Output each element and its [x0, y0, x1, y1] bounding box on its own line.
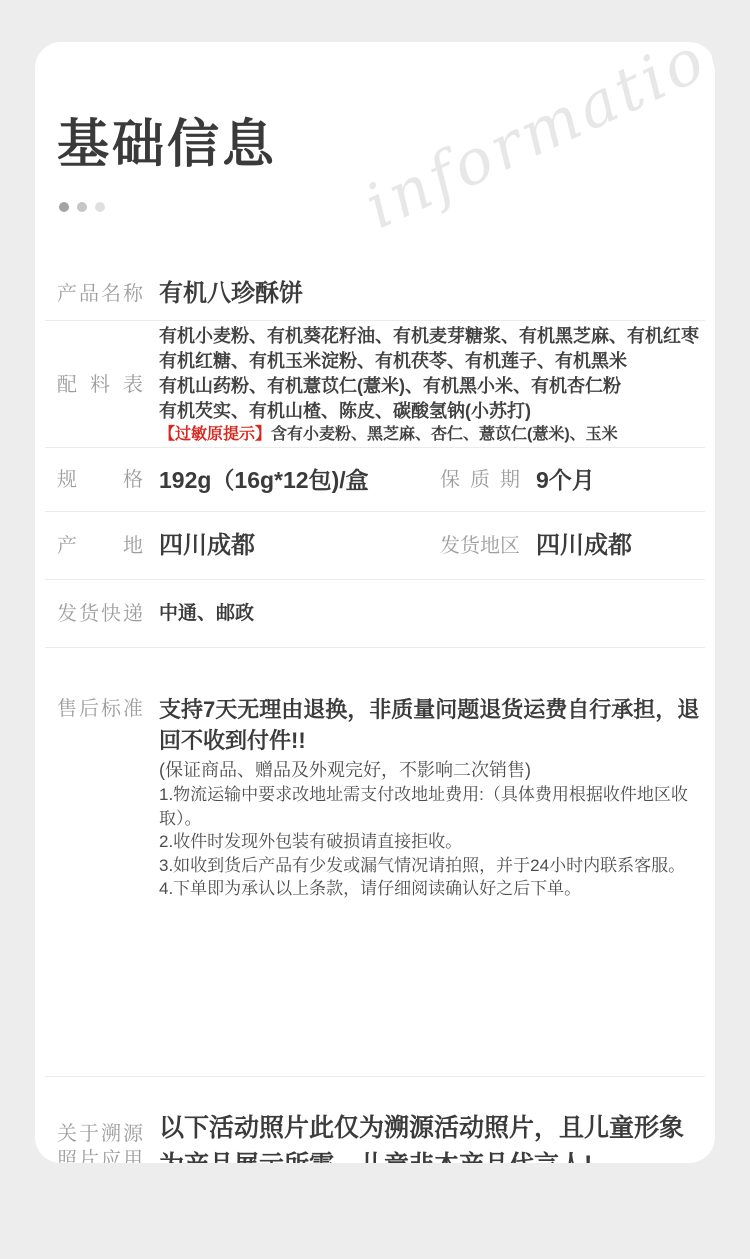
after-sale-headline: 支持7天无理由退换，非质量问题退货运费自行承担，退回不收到付件!! — [159, 694, 705, 756]
shipping-area-value: 四川成都 — [536, 533, 632, 559]
row-label: 规格 — [57, 467, 143, 493]
spec-col: 规格 192g（16g*12包)/盒 — [57, 464, 440, 496]
after-sale-note: (保证商品、赠品及外观完好，不影响二次销售) — [159, 758, 705, 783]
row-label: 配料表 — [57, 372, 143, 398]
row-label: 售后标准 — [57, 696, 143, 722]
after-sale-value: 支持7天无理由退换，非质量问题退货运费自行承担，退回不收到付件!! (保证商品、… — [159, 694, 705, 901]
spec-value: 192g（16g*12包)/盒 — [159, 464, 369, 496]
table-row-product-name: 产品名称 有机八珍酥饼 — [45, 268, 705, 321]
trace-photo-value: 以下活动照片此仅为溯源活动照片，且儿童形象为产品展示所需，儿童非本产品代言人! — [159, 1110, 705, 1164]
table-row-after-sale: 售后标准 支持7天无理由退换，非质量问题退货运费自行承担，退回不收到付件!! (… — [45, 648, 705, 1077]
after-sale-term: 3.如收到货后产品有少发或漏气情况请拍照，并于24小时内联系客服。 — [159, 854, 705, 878]
table-row-ingredients: 配料表 有机小麦粉、有机葵花籽油、有机麦芽糖浆、有机黑芝麻、有机红枣 有机红糖、… — [45, 321, 705, 448]
card-header: information 基础信息 — [35, 42, 715, 226]
table-row-spec: 规格 192g（16g*12包)/盒 保质期 9个月 — [45, 448, 705, 512]
dot-icon — [59, 202, 69, 212]
table-row-courier: 发货快递 中通、邮政 — [45, 580, 705, 648]
allergen-tag: 【过敏原提示】 — [159, 426, 271, 443]
title-dots — [59, 202, 715, 212]
product-info-table: 产品名称 有机八珍酥饼 配料表 有机小麦粉、有机葵花籽油、有机麦芽糖浆、有机黑芝… — [45, 268, 705, 1163]
row-label: 保质期 — [440, 467, 520, 493]
table-row-trace-photo: 关于溯源照片应用 以下活动照片此仅为溯源活动照片，且儿童形象为产品展示所需，儿童… — [45, 1077, 705, 1164]
ingredients-line: 有机小麦粉、有机葵花籽油、有机麦芽糖浆、有机黑芝麻、有机红枣 — [159, 324, 699, 349]
basic-info-card: information 基础信息 产品名称 有机八珍酥饼 配料表 有机小麦粉、有… — [35, 42, 715, 1163]
shelf-life-col: 保质期 9个月 — [440, 464, 705, 496]
ingredients-line: 有机山药粉、有机薏苡仁(薏米)、有机黑小米、有机杏仁粉 — [159, 374, 699, 399]
after-sale-terms: 1.物流运输中要求改地址需支付改地址费用:（具体费用根据收件地区收取）。 2.收… — [159, 783, 705, 901]
page-title: 基础信息 — [35, 42, 715, 176]
origin-col: 产地 四川成都 — [57, 533, 440, 559]
origin-value: 四川成都 — [159, 533, 255, 559]
allergen-text: 含有小麦粉、黑芝麻、杏仁、薏苡仁(薏米)、玉米 — [271, 426, 618, 443]
courier-value: 中通、邮政 — [159, 600, 254, 627]
product-name-value: 有机八珍酥饼 — [159, 281, 303, 307]
row-label: 产地 — [57, 533, 143, 559]
row-label: 产品名称 — [57, 281, 143, 307]
after-sale-term: 1.物流运输中要求改地址需支付改地址费用:（具体费用根据收件地区收取）。 — [159, 783, 705, 830]
ingredients-line: 有机芡实、有机山楂、陈皮、碳酸氢钠(小苏打) — [159, 399, 699, 424]
table-row-origin: 产地 四川成都 发货地区 四川成都 — [45, 512, 705, 580]
row-label: 发货快递 — [57, 601, 143, 627]
ingredients-value: 有机小麦粉、有机葵花籽油、有机麦芽糖浆、有机黑芝麻、有机红枣 有机红糖、有机玉米… — [159, 324, 699, 446]
dot-icon — [95, 202, 105, 212]
shelf-life-value: 9个月 — [536, 464, 595, 496]
row-label: 关于溯源照片应用 — [57, 1121, 143, 1164]
allergen-line: 【过敏原提示】含有小麦粉、黑芝麻、杏仁、薏苡仁(薏米)、玉米 — [159, 424, 699, 446]
ingredients-line: 有机红糖、有机玉米淀粉、有机茯苓、有机莲子、有机黑米 — [159, 349, 699, 374]
after-sale-term: 4.下单即为承认以上条款，请仔细阅读确认好之后下单。 — [159, 877, 705, 901]
row-label: 发货地区 — [440, 533, 520, 559]
after-sale-term: 2.收件时发现外包装有破损请直接拒收。 — [159, 830, 705, 854]
dot-icon — [77, 202, 87, 212]
shipping-area-col: 发货地区 四川成都 — [440, 533, 705, 559]
